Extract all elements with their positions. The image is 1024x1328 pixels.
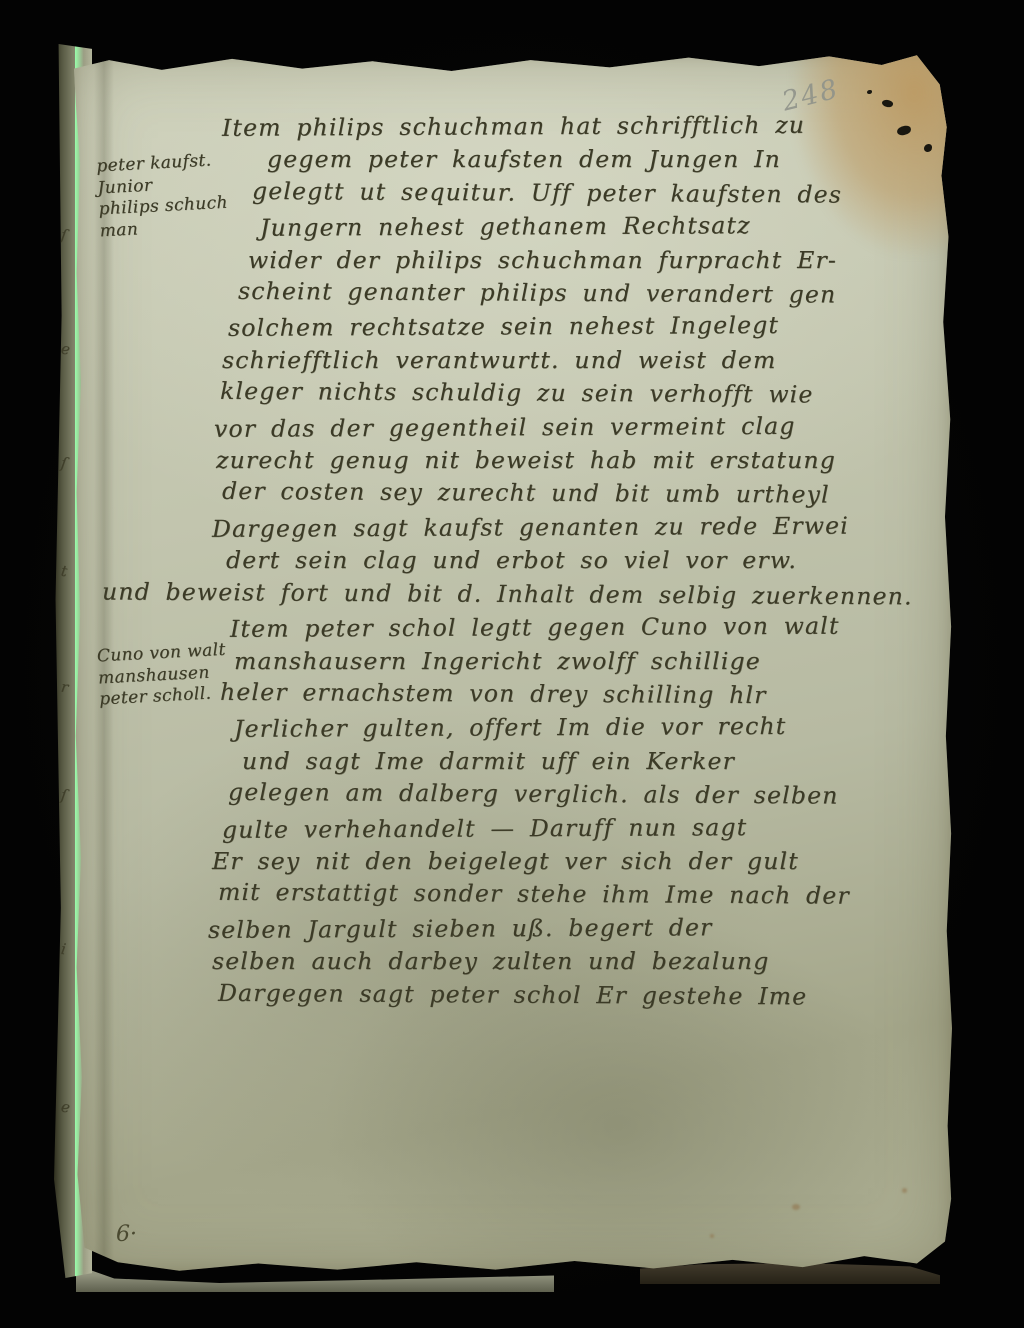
manuscript-line: und sagt Ime darmit uff ein Kerker xyxy=(242,745,934,778)
manuscript-line: schriefftlich verantwurtt. und weist dem xyxy=(222,344,934,377)
edge-writing-fragment: e xyxy=(60,339,71,358)
manuscript-line: zurecht genug nit beweist hab mit erstat… xyxy=(216,444,934,477)
photo-background: ſeſtrſie 248 peter kaufst.Juniorphilips … xyxy=(0,0,1024,1328)
edge-writing-fragment: ſ xyxy=(60,454,68,473)
foxing-spot xyxy=(792,1204,800,1210)
manuscript-line: vor das der gegentheil sein vermeint cla… xyxy=(214,409,934,446)
manuscript-line: selben Jargult sieben uß. begert der xyxy=(208,910,934,947)
edge-writing-fragment: e xyxy=(60,1097,71,1116)
quire-mark: 6· xyxy=(116,1222,137,1247)
manuscript-line: Jungern nehest gethanem Rechtsatz xyxy=(260,208,934,245)
edge-writing-fragment: i xyxy=(60,940,67,958)
manuscript-line: dert sein clag und erbot so viel vor erw… xyxy=(226,544,934,577)
foxing-spot xyxy=(902,1188,907,1193)
edge-writing-fragment: ſ xyxy=(60,226,68,245)
manuscript-line: kleger nichts schuldig zu sein verhofft … xyxy=(220,375,934,413)
manuscript-line: heler ernachstem von drey schilling hlr xyxy=(220,676,934,714)
foxing-spot xyxy=(710,1234,714,1238)
manuscript-line: Er sey nit den beigelegt ver sich der gu… xyxy=(212,845,934,878)
edge-writing-fragment: ſ xyxy=(60,786,68,805)
manuscript-text-block: Item philips schuchman hat schrifftlich … xyxy=(102,110,934,1012)
foxing-spot xyxy=(948,1220,954,1225)
manuscript-line: Dargegen sagt kaufst genanten zu rede Er… xyxy=(212,509,934,546)
manuscript-line: gelegtt ut sequitur. Uff peter kaufsten … xyxy=(252,175,934,213)
edge-writing-fragment: t xyxy=(60,562,68,581)
manuscript-line: gelegen am dalberg verglich. als der sel… xyxy=(228,776,934,814)
manuscript-line: Jerlicher gulten, offert Im die vor rech… xyxy=(234,709,934,746)
manuscript-line: selben auch darbey zulten und bezalung xyxy=(212,945,934,978)
manuscript-line: Dargegen sagt peter schol Er gestehe Ime xyxy=(218,976,934,1014)
manuscript-line: solchem rechtsatze sein nehest Ingelegt xyxy=(228,309,934,346)
manuscript-line: manshausern Ingericht zwolff schillige xyxy=(234,645,934,678)
manuscript-line: wider der philips schuchman furpracht Er… xyxy=(248,244,934,277)
manuscript-line: mit erstattigt sonder stehe ihm Ime nach… xyxy=(218,876,934,914)
manuscript-line: der costen sey zurecht und bit umb urthe… xyxy=(222,475,934,513)
manuscript-line: und beweist fort und bit d. Inhalt dem s… xyxy=(102,575,934,613)
edge-writing-fragment: r xyxy=(60,678,70,697)
manuscript-page: 248 peter kaufst.Juniorphilips schuchman… xyxy=(74,54,952,1272)
manuscript-line: Item philips schuchman hat schrifftlich … xyxy=(222,108,934,145)
manuscript-line: Item peter schol legtt gegen Cuno von wa… xyxy=(230,609,934,646)
manuscript-line: gulte verhehandelt — Daruff nun sagt xyxy=(222,810,934,847)
manuscript-line: scheint genanter philips und verandert g… xyxy=(238,275,934,313)
manuscript-line: gegem peter kaufsten dem Jungen In xyxy=(267,143,934,176)
